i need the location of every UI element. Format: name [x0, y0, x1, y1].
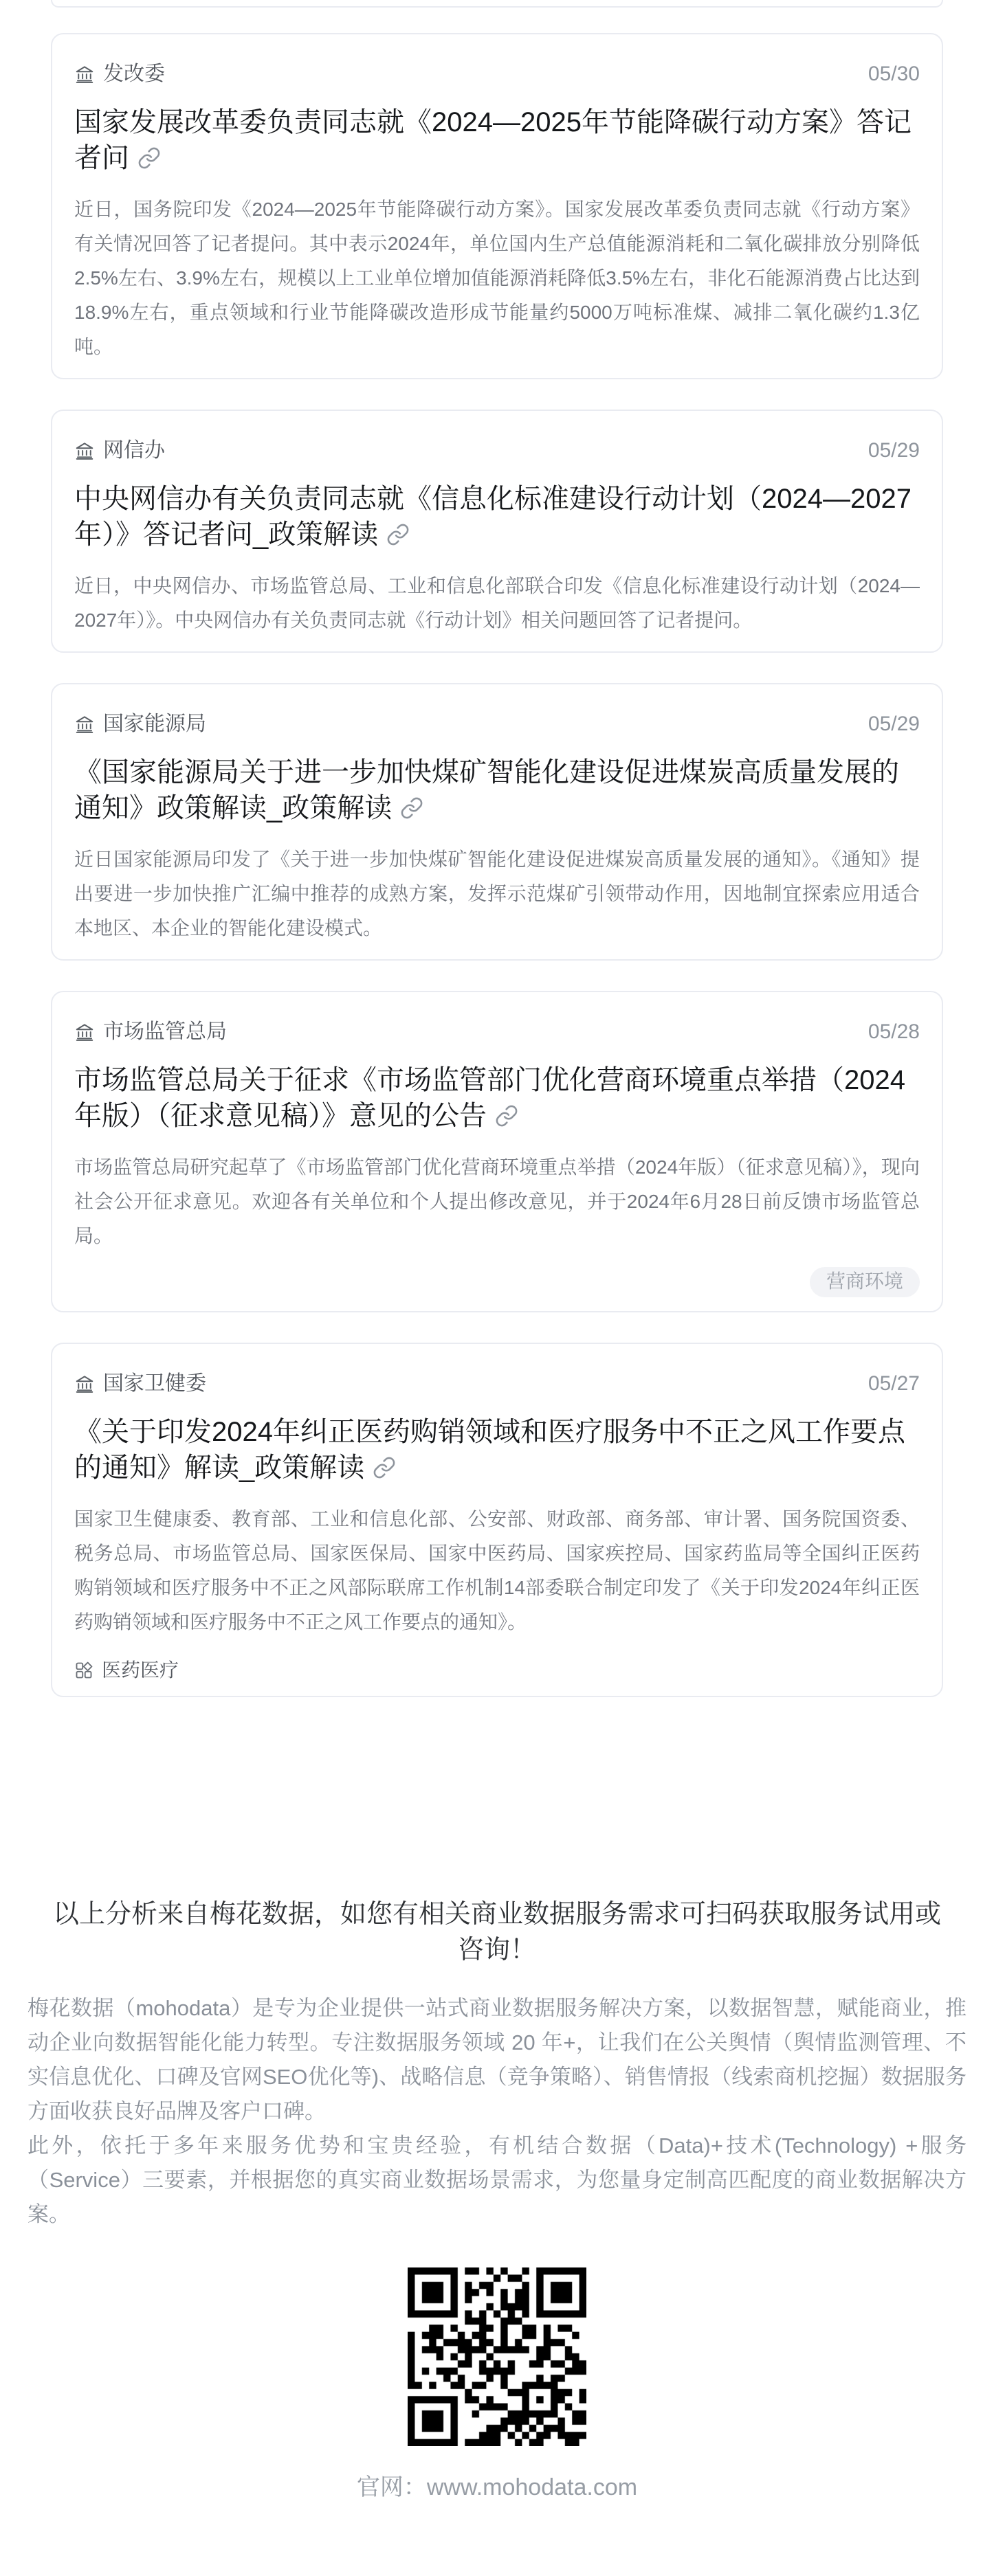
news-card: 网信办 05/29 中央网信办有关负责同志就《信息化标准建设行动计划（2024—… [51, 410, 943, 653]
tag-pill[interactable]: 营商环境 [810, 1267, 920, 1297]
source-name: 网信办 [103, 438, 165, 463]
card-header: 国家能源局 05/29 [74, 712, 920, 737]
category-row: 医药医疗 [74, 1659, 920, 1682]
card-header: 网信办 05/29 [74, 438, 920, 463]
link-icon[interactable] [373, 1456, 396, 1479]
bank-icon [74, 440, 95, 461]
source-label: 国家卫健委 [74, 1371, 206, 1396]
source-name: 国家能源局 [103, 712, 206, 737]
card-date: 05/29 [868, 712, 920, 737]
website-label: 官网：www.mohodata.com [0, 2472, 994, 2576]
card-header: 发改委 05/30 [74, 62, 920, 87]
qr-code [408, 2267, 586, 2446]
bank-icon [74, 714, 95, 735]
source-label: 市场监管总局 [74, 1020, 227, 1044]
category-icon [74, 1661, 93, 1680]
bank-icon [74, 1022, 95, 1042]
news-card: 市场监管总局 05/28 市场监管总局关于征求《市场监管部门优化营商环境重点举措… [51, 991, 943, 1312]
article-title[interactable]: 《关于印发2024年纠正医药购销领域和医疗服务中不正之风工作要点的通知》解读_政… [74, 1414, 920, 1486]
link-icon[interactable] [495, 1104, 518, 1128]
card-date: 05/27 [868, 1371, 920, 1396]
link-icon[interactable] [137, 146, 161, 170]
source-name: 市场监管总局 [103, 1020, 227, 1044]
link-icon[interactable] [400, 796, 423, 820]
article-title[interactable]: 中央网信办有关负责同志就《信息化标准建设行动计划（2024—2027年）》答记者… [74, 481, 920, 552]
article-title[interactable]: 市场监管总局关于征求《市场监管部门优化营商环境重点举措（2024年版）（征求意见… [74, 1062, 920, 1134]
article-summary: 近日，中央网信办、市场监管总局、工业和信息化部联合印发《信息化标准建设行动计划（… [74, 569, 920, 638]
promo-paragraph: 此外，依托于多年来服务优势和宝贵经验，有机结合数据（Data)+技术(Techn… [27, 2129, 967, 2232]
tag-row: 营商环境 [74, 1267, 920, 1297]
promo-footer: 以上分析来自梅花数据，如您有相关商业数据服务需求可扫码获取服务试用或咨询！ 梅花… [0, 1896, 994, 2576]
promo-paragraph: 梅花数据（mohodata）是专为企业提供一站式商业数据服务解决方案，以数据智慧… [27, 1991, 967, 2129]
source-label: 发改委 [74, 62, 165, 87]
bank-icon [74, 64, 95, 85]
link-icon[interactable] [386, 523, 410, 546]
source-label: 网信办 [74, 438, 165, 463]
bank-icon [74, 1374, 95, 1394]
promo-paragraphs: 梅花数据（mohodata）是专为企业提供一站式商业数据服务解决方案，以数据智慧… [0, 1991, 994, 2232]
article-title[interactable]: 国家发展改革委负责同志就《2024—2025年节能降碳行动方案》答记者问 [74, 104, 920, 176]
card-date: 05/30 [868, 62, 920, 87]
news-card: 国家卫健委 05/27 《关于印发2024年纠正医药购销领域和医疗服务中不正之风… [51, 1343, 943, 1697]
card-header: 市场监管总局 05/28 [74, 1020, 920, 1044]
card-date: 05/29 [868, 438, 920, 463]
article-summary: 近日国家能源局印发了《关于进一步加快煤矿智能化建设促进煤炭高质量发展的通知》。《… [74, 842, 920, 945]
previous-card-partial [51, 0, 943, 8]
card-date: 05/28 [868, 1020, 920, 1044]
article-summary: 国家卫生健康委、教育部、工业和信息化部、公安部、财政部、商务部、审计署、国务院国… [74, 1502, 920, 1639]
category-label[interactable]: 医药医疗 [102, 1659, 179, 1682]
news-card: 国家能源局 05/29 《国家能源局关于进一步加快煤矿智能化建设促进煤炭高质量发… [51, 683, 943, 961]
article-summary: 近日，国务院印发《2024—2025年节能降碳行动方案》。国家发展改革委负责同志… [74, 192, 920, 364]
qr-code-wrap [0, 2267, 994, 2446]
card-header: 国家卫健委 05/27 [74, 1371, 920, 1396]
promo-heading: 以上分析来自梅花数据，如您有相关商业数据服务需求可扫码获取服务试用或咨询！ [41, 1896, 953, 1968]
article-summary: 市场监管总局研究起草了《市场监管部门优化营商环境重点举措（2024年版）（征求意… [74, 1150, 920, 1253]
news-card: 发改委 05/30 国家发展改革委负责同志就《2024—2025年节能降碳行动方… [51, 33, 943, 379]
source-label: 国家能源局 [74, 712, 206, 737]
source-name: 国家卫健委 [103, 1371, 206, 1396]
article-title[interactable]: 《国家能源局关于进一步加快煤矿智能化建设促进煤炭高质量发展的通知》政策解读_政策… [74, 754, 920, 826]
source-name: 发改委 [103, 62, 165, 87]
policy-news-feed: 发改委 05/30 国家发展改革委负责同志就《2024—2025年节能降碳行动方… [0, 0, 994, 1697]
